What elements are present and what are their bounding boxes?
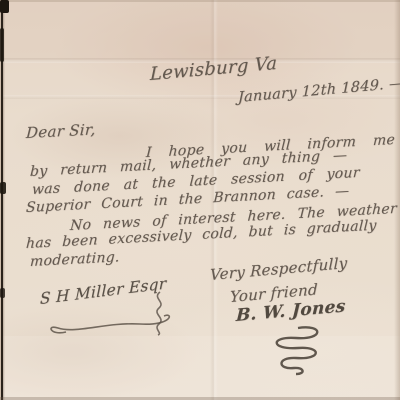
scan-artifact — [0, 182, 6, 194]
scan-edge-top — [0, 0, 400, 2]
docket-squiggle-mark — [150, 290, 168, 336]
fold-band-top — [0, 0, 400, 60]
fold-band-bottom — [0, 336, 400, 400]
scan-artifact — [0, 288, 5, 298]
signature-flourish-stroke — [262, 326, 334, 376]
salutation-line: Dear Sir, — [26, 120, 97, 142]
scan-artifact — [0, 28, 4, 62]
letter-scan: Lewisburg Va January 12th 1849. — Dear S… — [0, 0, 400, 400]
scan-artifact — [0, 0, 9, 13]
